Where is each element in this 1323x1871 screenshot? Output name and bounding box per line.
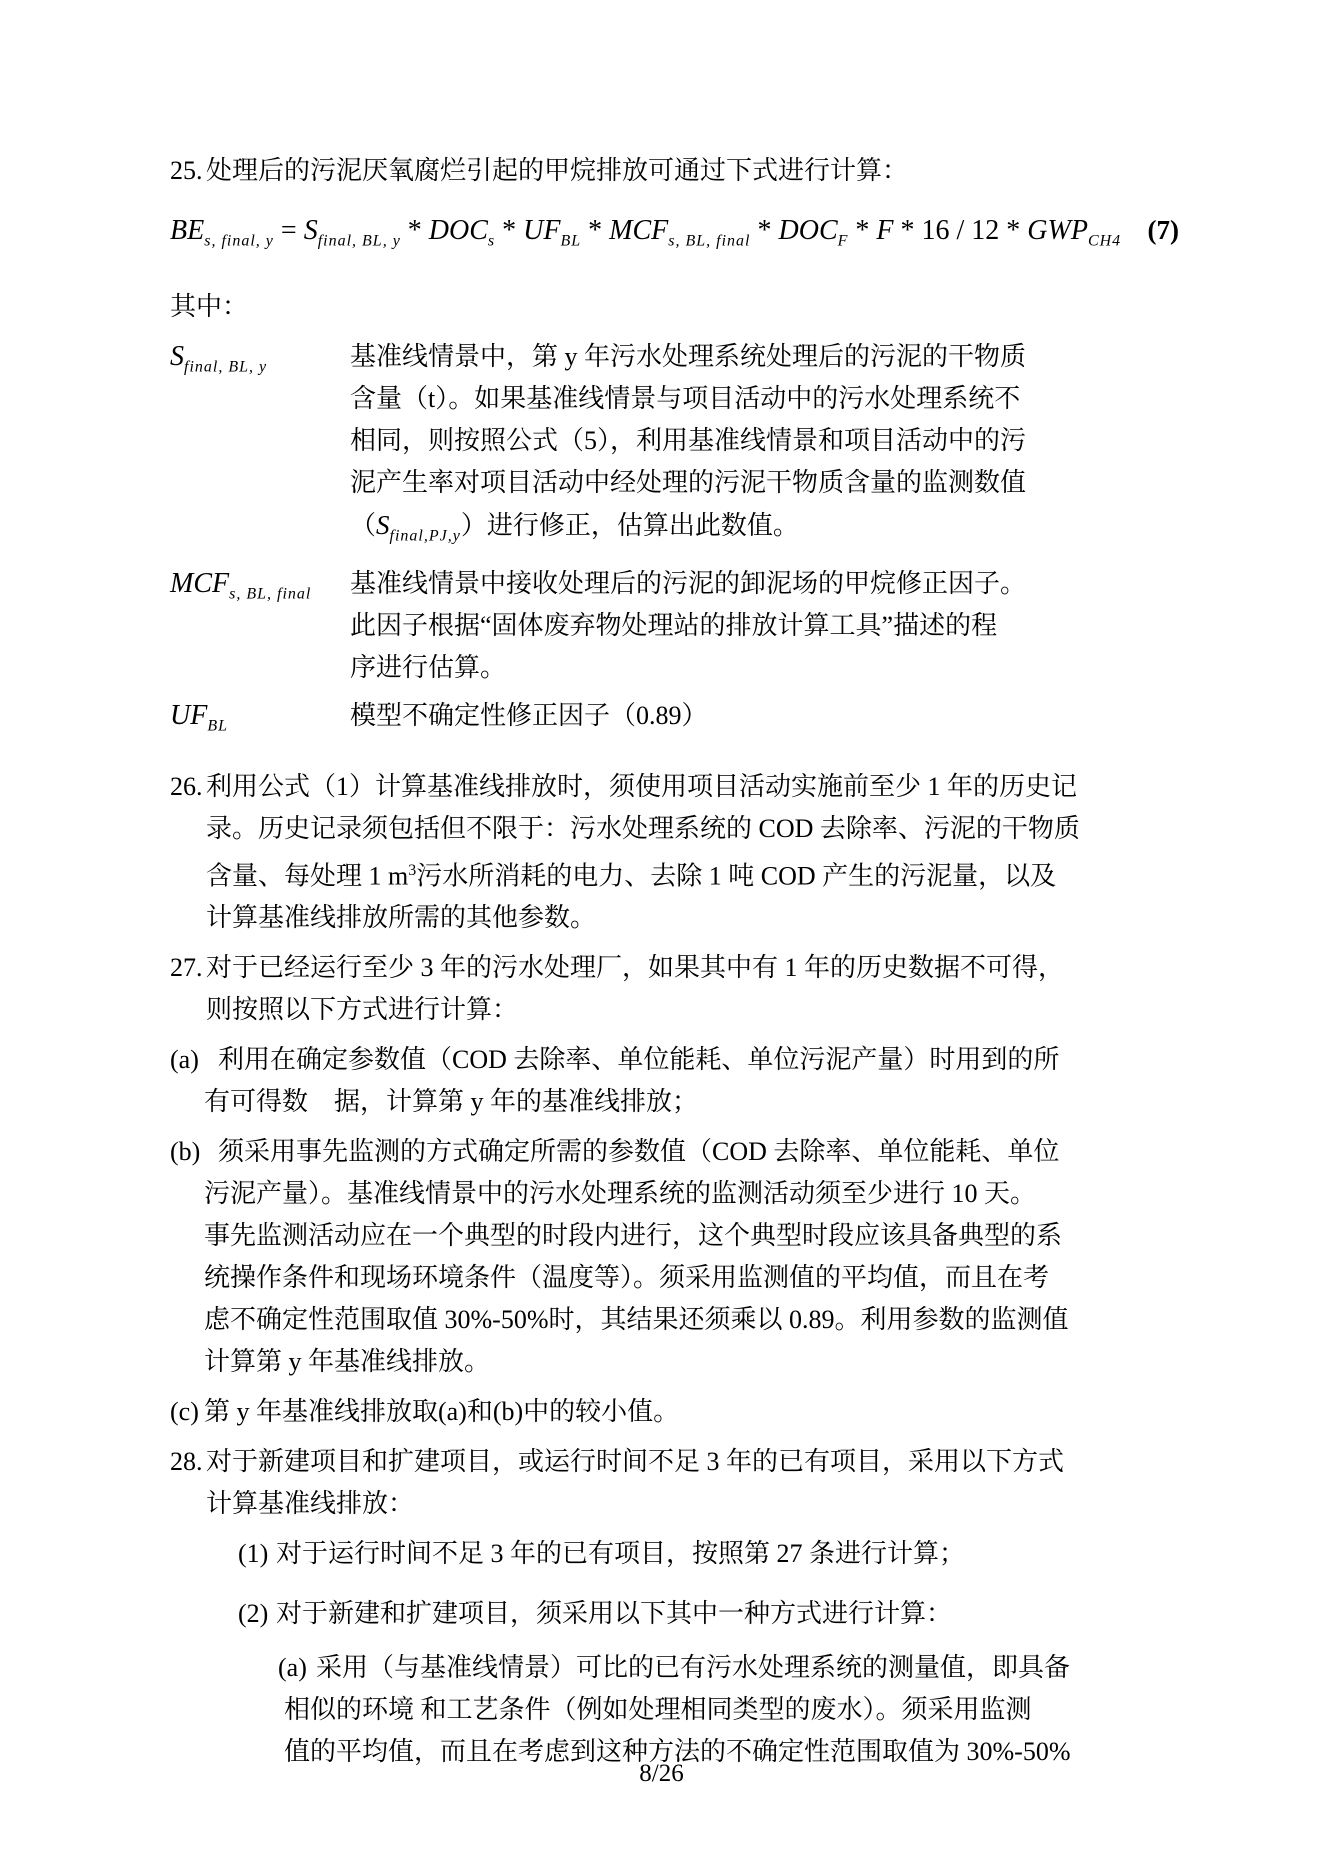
text-line: 污泥产量）。基准线情景中的污水处理系统的监测活动须至少进行 10 天。	[170, 1173, 1183, 1215]
item-28: 28.对于新建项目和扩建项目，或运行时间不足 3 年的已有项目，采用以下方式 计…	[170, 1441, 1183, 1525]
text-line: 统操作条件和现场环境条件（温度等）。须采用监测值的平均值，而且在考	[170, 1257, 1183, 1299]
text-line: (a)采用（与基准线情景）可比的已有污水处理系统的测量值，即具备	[170, 1647, 1183, 1689]
text-line: 计算基准线排放所需的其他参数。	[170, 897, 1183, 939]
list-marker: 26.	[170, 766, 206, 808]
description-line: 基准线情景中，第 y 年污水处理系统处理后的污泥的干物质	[350, 336, 1183, 378]
formula-7-row: BEs, final, y=Sfinal, BL, y*DOCs*UFBL*MC…	[170, 204, 1183, 268]
item-25-text: 处理后的污泥厌氧腐烂引起的甲烷排放可通过下式进行计算：	[206, 156, 908, 185]
text-line: 事先监测活动应在一个典型的时段内进行，这个典型时段应该具备典型的系	[170, 1215, 1183, 1257]
description-line: 序进行估算。	[350, 647, 1183, 689]
list-marker: 25.	[170, 150, 206, 192]
text-line: 计算基准线排放：	[170, 1483, 1183, 1525]
list-marker: 27.	[170, 947, 206, 989]
text-line: 有可得数 据，计算第 y 年的基准线排放；	[170, 1081, 1183, 1123]
equation-label: (7)	[1148, 204, 1179, 256]
description-line: 泥产生率对项目活动中经处理的污泥干物质含量的监测数值	[350, 462, 1183, 504]
text-line: (1)对于运行时间不足 3 年的已有项目，按照第 27 条进行计算；	[170, 1533, 1183, 1575]
description-line: 含量（t）。如果基准线情景与项目活动中的污水处理系统不	[350, 378, 1183, 420]
formula-term: UFBL	[523, 215, 581, 246]
item-26: 26.利用公式（1）计算基准线排放时，须使用项目活动实施前至少 1 年的历史记 …	[170, 766, 1183, 940]
text-line: 则按照以下方式进行计算：	[170, 989, 1183, 1031]
item-27b: (b)须采用事先监测的方式确定所需的参数值（COD 去除率、单位能耗、单位 污泥…	[170, 1131, 1183, 1383]
text-line: (c)第 y 年基准线排放取(a)和(b)中的较小值。	[170, 1391, 1183, 1433]
list-marker: (a)	[170, 1039, 218, 1081]
text-line: 26.利用公式（1）计算基准线排放时，须使用项目活动实施前至少 1 年的历史记	[170, 766, 1183, 808]
text-line: 虑不确定性范围取值 30%-50%时，其结果还须乘以 0.89。利用参数的监测值	[170, 1299, 1183, 1341]
definition-description: 模型不确定性修正因子（0.89）	[350, 695, 1183, 748]
symbol-mcf: MCFs, BL, final	[170, 563, 350, 689]
text-line: 28.对于新建项目和扩建项目，或运行时间不足 3 年的已有项目，采用以下方式	[170, 1441, 1183, 1483]
page-number: 8/26	[0, 1760, 1323, 1788]
text-line: 含量、每处理 1 m3污水所消耗的电力、去除 1 吨 COD 产生的污泥量，以及	[170, 850, 1183, 898]
text-line: (2)对于新建和扩建项目，须采用以下其中一种方式进行计算：	[170, 1593, 1183, 1635]
definition-row-uf: UFBL 模型不确定性修正因子（0.89）	[170, 695, 1183, 748]
symbol-s-final: Sfinal, BL, y	[170, 336, 350, 557]
formula-term: DOCs	[429, 215, 495, 246]
description-line: 基准线情景中接收处理后的污泥的卸泥场的甲烷修正因子。	[350, 563, 1183, 605]
definition-description: 基准线情景中接收处理后的污泥的卸泥场的甲烷修正因子。 此因子根据“固体废弃物处理…	[350, 563, 1183, 689]
list-marker: (1)	[238, 1533, 276, 1575]
list-marker: (c)	[170, 1391, 204, 1433]
page-content: 25.处理后的污泥厌氧腐烂引起的甲烷排放可通过下式进行计算： BEs, fina…	[170, 150, 1183, 1773]
definition-row-s-final: Sfinal, BL, y 基准线情景中，第 y 年污水处理系统处理后的污泥的干…	[170, 336, 1183, 557]
formula-term: BEs, final, y	[170, 215, 274, 246]
text-line: 相似的环境 和工艺条件（例如处理相同类型的废水）。须采用监测	[170, 1689, 1183, 1731]
text-line: 27.对于已经运行至少 3 年的污水处理厂，如果其中有 1 年的历史数据不可得，	[170, 947, 1183, 989]
item-28-1: (1)对于运行时间不足 3 年的已有项目，按照第 27 条进行计算；	[170, 1533, 1183, 1575]
item-28-2: (2)对于新建和扩建项目，须采用以下其中一种方式进行计算：	[170, 1593, 1183, 1635]
item-28-2a: (a)采用（与基准线情景）可比的已有污水处理系统的测量值，即具备 相似的环境 和…	[170, 1647, 1183, 1773]
list-marker: (b)	[170, 1131, 218, 1173]
document-page: 25.处理后的污泥厌氧腐烂引起的甲烷排放可通过下式进行计算： BEs, fina…	[0, 0, 1323, 1871]
description-line: 此因子根据“固体废弃物处理站的排放计算工具”描述的程	[350, 605, 1183, 647]
list-marker: (a)	[278, 1647, 316, 1689]
text-line: 录。历史记录须包括但不限于：污水处理系统的 COD 去除率、污泥的干物质	[170, 808, 1183, 850]
text-line: 计算第 y 年基准线排放。	[170, 1341, 1183, 1383]
item-27c: (c)第 y 年基准线排放取(a)和(b)中的较小值。	[170, 1391, 1183, 1433]
inline-symbol-s-final-pj: Sfinal,PJ,y	[376, 510, 461, 540]
formula-term: GWPCH4	[1027, 215, 1121, 246]
item-27: 27.对于已经运行至少 3 年的污水处理厂，如果其中有 1 年的历史数据不可得，…	[170, 947, 1183, 1031]
list-marker: (2)	[238, 1593, 276, 1635]
description-line: 模型不确定性修正因子（0.89）	[350, 695, 1183, 737]
item-25: 25.处理后的污泥厌氧腐烂引起的甲烷排放可通过下式进行计算：	[170, 150, 1183, 192]
description-line: （Sfinal,PJ,y）进行修正，估算出此数值。	[350, 504, 1183, 557]
formula-term: MCFs, BL, final	[609, 215, 750, 246]
list-marker: 28.	[170, 1441, 206, 1483]
formula-7: BEs, final, y=Sfinal, BL, y*DOCs*UFBL*MC…	[170, 205, 1121, 268]
where-label: 其中：	[170, 286, 1183, 328]
formula-term: Sfinal, BL, y	[304, 215, 401, 246]
formula-term: DOCF	[779, 215, 849, 246]
item-27a: (a)利用在确定参数值（COD 去除率、单位能耗、单位污泥产量）时用到的所 有可…	[170, 1039, 1183, 1123]
definition-description: 基准线情景中，第 y 年污水处理系统处理后的污泥的干物质 含量（t）。如果基准线…	[350, 336, 1183, 557]
text-line: (b)须采用事先监测的方式确定所需的参数值（COD 去除率、单位能耗、单位	[170, 1131, 1183, 1173]
definition-row-mcf: MCFs, BL, final 基准线情景中接收处理后的污泥的卸泥场的甲烷修正因…	[170, 563, 1183, 689]
text-line: (a)利用在确定参数值（COD 去除率、单位能耗、单位污泥产量）时用到的所	[170, 1039, 1183, 1081]
symbol-uf: UFBL	[170, 695, 350, 748]
description-line: 相同，则按照公式（5），利用基准线情景和项目活动中的污	[350, 420, 1183, 462]
formula-term: F	[876, 215, 893, 246]
formula-term: 16 / 12	[922, 215, 1000, 246]
